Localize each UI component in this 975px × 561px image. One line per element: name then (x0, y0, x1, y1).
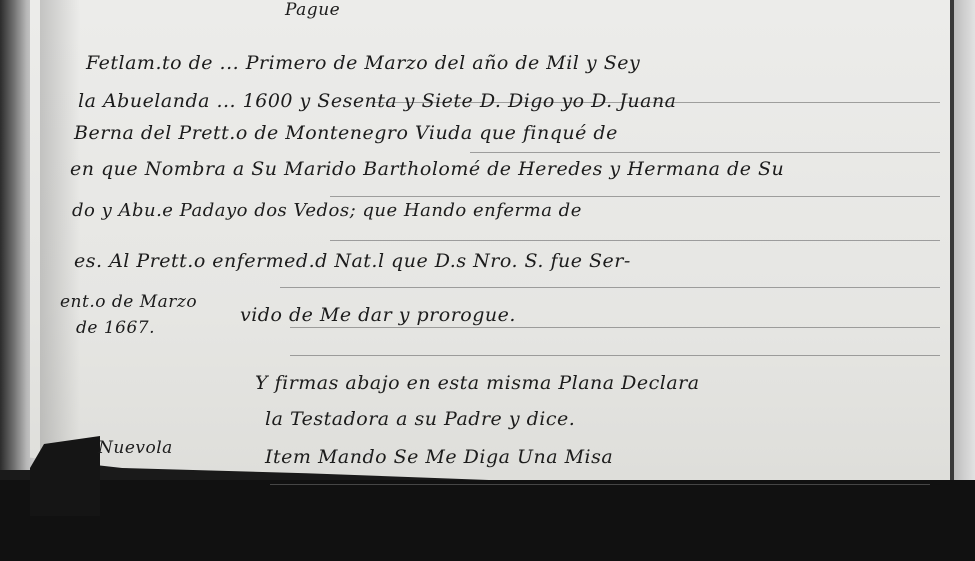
manuscript-line-3: Berna del Prett.o de Montenegro Viuda qu… (74, 122, 618, 144)
ruled-line (470, 152, 940, 153)
margin-note-year: de 1667. (76, 318, 155, 338)
header-fragment: Pague (285, 0, 340, 20)
ruled-line (270, 484, 930, 485)
manuscript-line-1: Fetlam.to de ... Primero de Marzo del añ… (86, 52, 640, 74)
ruled-line (330, 240, 940, 241)
bottom-shadow (0, 480, 975, 561)
adjacent-page-edge (954, 0, 975, 540)
manuscript-line-8: Y firmas abajo en esta misma Plana Decla… (255, 372, 700, 394)
manuscript-line-9: la Testadora a su Padre y dice. (265, 408, 575, 430)
manuscript-line-6: es. Al Prett.o enfermed.d Nat.l que D.s … (74, 250, 631, 272)
manuscript-line-5: do y Abu.e Padayo dos Vedos; que Hando e… (72, 200, 582, 221)
ruled-line (280, 287, 940, 288)
manuscript-line-7: vido de Me dar y prorogue. (240, 304, 516, 326)
manuscript-line-4: en que Nombra a Su Marido Bartholomé de … (70, 158, 784, 180)
margin-note-date: ent.o de Marzo (60, 292, 197, 312)
manuscript-line-2: la Abuelanda ... 1600 y Sesenta y Siete … (78, 90, 677, 112)
ruled-line (330, 196, 940, 197)
margin-note-name: Nuevola (98, 438, 173, 458)
ruled-line (290, 327, 940, 328)
ruled-line (290, 355, 940, 356)
manuscript-line-10: Item Mando Se Me Diga Una Misa (265, 446, 613, 468)
